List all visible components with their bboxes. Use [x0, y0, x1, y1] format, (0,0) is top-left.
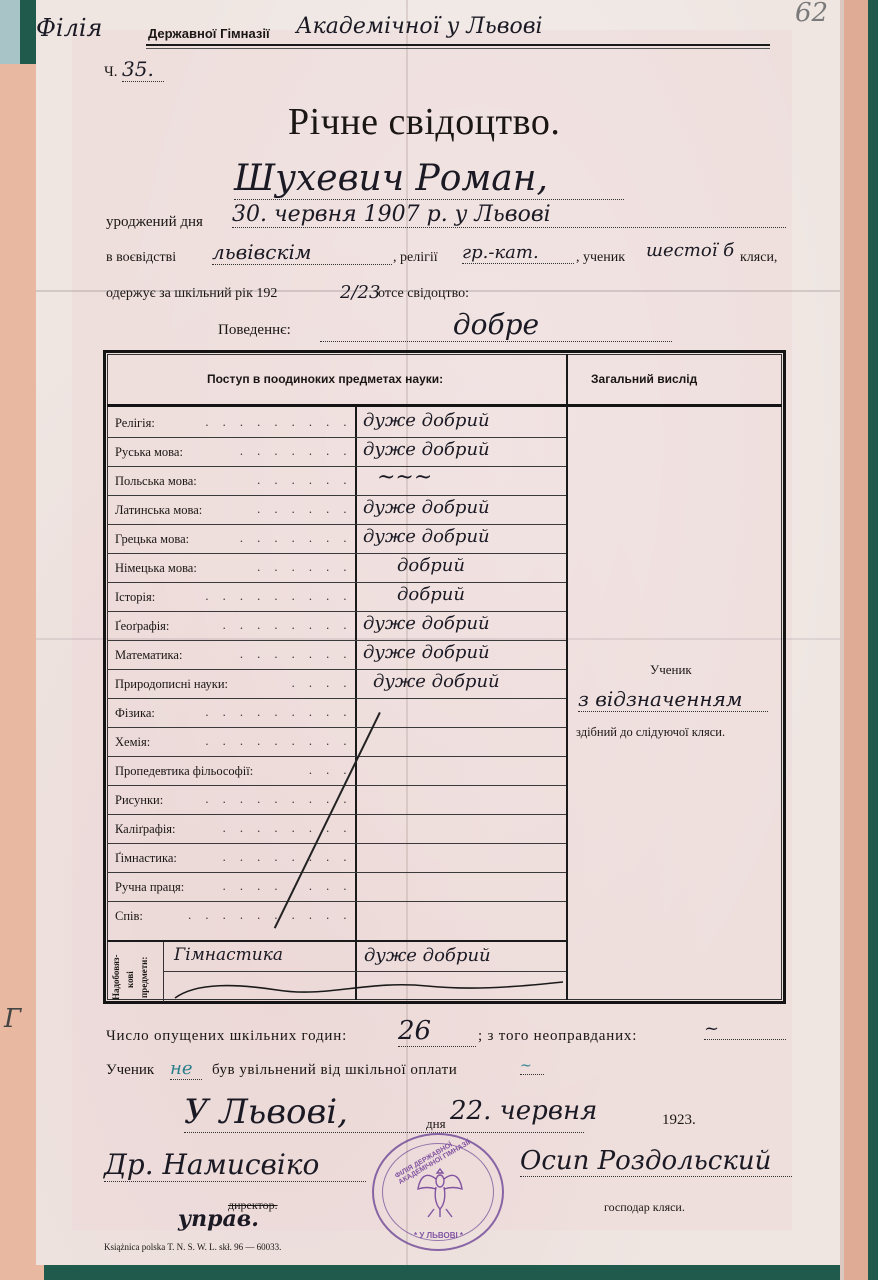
dot-leader: . . . . . . . . . — [115, 792, 352, 806]
dot-leader: . . . . . . . . — [115, 821, 352, 835]
table-row: Латинська мова:. . . . . .дуже добрий — [107, 496, 566, 525]
table-row: Релігія:. . . . . . . . .дуже добрий — [107, 409, 566, 438]
table-row: Руська мова:. . . . . . .дуже добрий — [107, 438, 566, 467]
dot-leader: . . . . . . . — [115, 444, 352, 458]
overall-result-cell: Ученик з відзначенням здібний до слідуюч… — [568, 407, 782, 1000]
subject-grade: дуже добрий — [363, 526, 490, 547]
table-row: Історія:. . . . . . . . .добрий — [107, 583, 566, 612]
blank-row-squiggle — [167, 976, 567, 1002]
dot-leader: . . . . . . . . . . — [115, 908, 352, 922]
day-label: дня — [426, 1116, 446, 1132]
province-value: львівскім — [212, 240, 392, 265]
school-name-handwritten: Академічної у Львові — [296, 14, 543, 39]
absences-label: Число опущених шкільних годин: — [106, 1028, 347, 1045]
optional-subject-name: Гімнастика — [174, 945, 283, 965]
dot-leader: . . . . . . . . — [115, 850, 352, 864]
fee-trailing-value: ~ — [520, 1058, 544, 1075]
fee-prefix: Ученик — [106, 1062, 154, 1079]
fee-value: не — [170, 1058, 202, 1080]
dot-leader: . . . . . . — [115, 502, 352, 516]
unexcused-value: ~ — [704, 1018, 786, 1040]
table-row: Спів:. . . . . . . . . . — [107, 902, 566, 931]
director-signature: Др. Намисвіко — [104, 1148, 366, 1182]
school-seal-stamp: ФІЛІЯ ДЕРЖАВНОЇ АКАДЕМІЧНОЇ ГІМНАЗІЇ * У… — [372, 1133, 504, 1251]
subject-grade: добрий — [397, 584, 465, 605]
dot-leader: . . . . . . . . . — [115, 589, 352, 603]
class-master-signature: Осип Роздольский — [520, 1146, 792, 1177]
religion-label: , релігії — [393, 250, 438, 266]
dot-leader: . . . . . . — [115, 473, 352, 487]
document-title: Річне свідоцтво. — [288, 100, 560, 144]
optional-label-line: Надобовяз- — [111, 955, 121, 1000]
subject-grade: дуже добрий — [363, 642, 490, 663]
dot-leader: . . . . . . . . . — [115, 734, 352, 748]
header-rule — [146, 44, 770, 46]
page-edge — [840, 0, 844, 1280]
optional-label-line: кові — [125, 971, 135, 988]
table-row: Хемія:. . . . . . . . . — [107, 728, 566, 757]
year: 1923. — [662, 1112, 696, 1129]
subject-grade: ~~~ — [377, 465, 432, 490]
header-rule — [146, 48, 770, 49]
dot-leader: . . . . . . . . — [115, 618, 352, 632]
religion-value: гр.-кат. — [462, 242, 574, 264]
archive-page-number: 62 — [795, 0, 828, 28]
table-row: Ґімнастика:. . . . . . . . — [107, 844, 566, 873]
dot-leader: . . . . — [115, 676, 352, 690]
table-row: Каліґрафія:. . . . . . . . — [107, 815, 566, 844]
birth-label: уроджений дня — [106, 214, 203, 231]
subject-grade: дуже добрий — [363, 410, 490, 431]
result-line2: здібний до слідуючої кляси. — [576, 725, 725, 740]
subject-grade: добрий — [397, 555, 465, 576]
number-label: Ч. — [104, 64, 118, 81]
dot-leader: . . . — [115, 763, 352, 777]
school-year-label: одержує за шкільний рік 192 — [106, 286, 277, 302]
optional-subjects-section: Надобовяз- кові предмети: Гімнастика дуж… — [107, 940, 566, 1000]
table-row: Ґеоґрафія:. . . . . . . .дуже добрий — [107, 612, 566, 641]
dot-leader: . . . . . . . . . — [115, 705, 352, 719]
dot-leader: . . . . . . . — [115, 531, 352, 545]
table-row: Польська мова:. . . . . .~~~ — [107, 467, 566, 496]
optional-subject-grade: дуже добрий — [364, 945, 491, 966]
optional-label-line: предмети: — [139, 957, 149, 998]
class-master-label: господар кляси. — [604, 1200, 685, 1215]
stamp-ring-text: * У ЛЬВОВІ * — [414, 1231, 463, 1240]
table-header-row: Поступ в поодиноких предметах науки: Заг… — [107, 354, 782, 407]
subject-grade: дуже добрий — [363, 613, 490, 634]
pupil-label: , ученик — [576, 250, 625, 266]
folder-tab-blue — [0, 0, 20, 64]
school-year-handwritten: 2/23 — [340, 282, 380, 303]
conduct-value: добре — [320, 308, 672, 342]
birth-value: 30. червня 1907 р. у Львові — [232, 202, 786, 228]
table-row: Німецька мова:. . . . . .добрий — [107, 554, 566, 583]
margin-mark: Г — [4, 1004, 21, 1034]
conduct-label: Поведеннє: — [218, 322, 291, 339]
table-row: Математика:. . . . . . .дуже добрий — [107, 641, 566, 670]
table-row: Фізика:. . . . . . . . . — [107, 699, 566, 728]
class-value: шестої б — [646, 240, 734, 261]
school-type-label: Державної Гімназії — [148, 26, 270, 41]
dot-leader: . . . . . . . — [115, 647, 352, 661]
unexcused-label: ; з того неоправданих: — [478, 1028, 637, 1045]
optional-subject-row: Гімнастика дуже добрий — [164, 942, 566, 972]
director-label-handwritten: управ. — [178, 1206, 259, 1232]
school-year-suffix: отсе свідоцтво: — [378, 286, 469, 302]
result-handwritten: з відзначенням — [578, 687, 768, 712]
optional-subjects-label: Надобовяз- кові предмети: — [107, 942, 164, 1002]
table-row: Пропедевтика фільософії:. . . — [107, 757, 566, 786]
printer-imprint: Książnica polska T. N. S. W. L. skł. 96 … — [104, 1242, 281, 1252]
dot-leader: . . . . . . . . . — [115, 415, 352, 429]
fee-suffix: був увільнений від шкільної оплати — [212, 1062, 457, 1079]
subject-grade: дуже добрий — [363, 497, 490, 518]
table-row: Грецька мова:. . . . . . .дуже добрий — [107, 525, 566, 554]
dot-leader: . . . . . . . . — [115, 879, 352, 893]
number-value: 35. — [122, 57, 164, 82]
header-result: Загальний вислід — [591, 372, 697, 386]
handwritten-prefix: Філія — [36, 14, 102, 42]
header-subjects: Поступ в поодиноких предметах науки: — [207, 372, 443, 386]
dot-leader: . . . . . . — [115, 560, 352, 574]
subject-grade: дуже добрий — [363, 439, 490, 460]
class-suffix: кляси, — [740, 250, 777, 266]
absences-value: 26 — [398, 1016, 476, 1047]
folder-right-edge — [840, 0, 868, 1280]
table-row: Ручна праця:. . . . . . . . — [107, 873, 566, 902]
eagle-emblem-icon — [416, 1163, 464, 1219]
date: 22. червня — [450, 1096, 597, 1126]
subject-grade: дуже добрий — [373, 671, 500, 692]
table-row: Природописні науки:. . . .дуже добрий — [107, 670, 566, 699]
student-name: Шухевич Роман, — [234, 158, 624, 200]
result-line1: Ученик — [650, 662, 692, 678]
province-label: в воєвідстві — [106, 250, 176, 266]
